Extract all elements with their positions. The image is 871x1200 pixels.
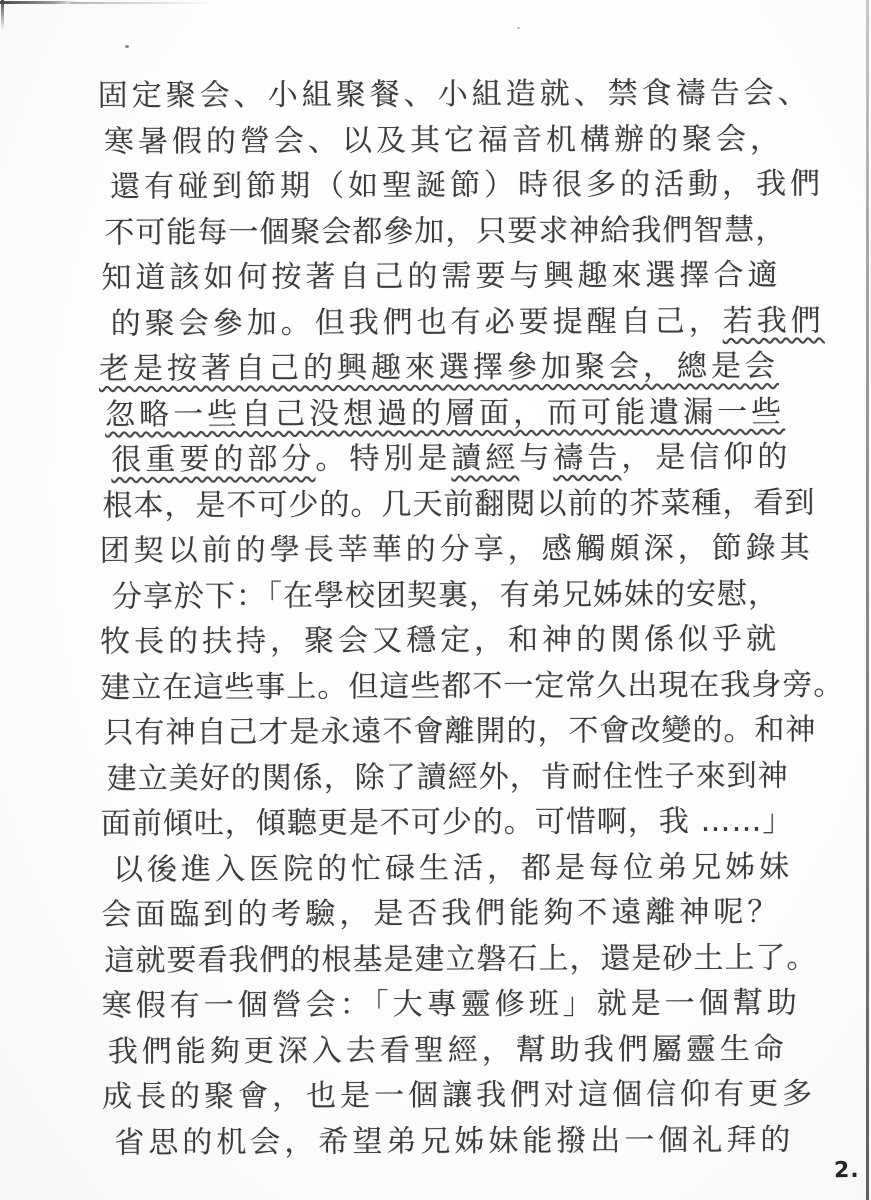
handwriting-line: 寒暑假的營会、以及其它福音机構辦的聚会，	[98, 116, 858, 165]
text-segment: 面前傾吐，傾聽更是不可少的。可惜啊，我 ……」	[101, 804, 794, 842]
handwriting-line: 面前傾吐，傾聽更是不可少的。可惜啊，我 ……」	[101, 798, 861, 847]
text-segment: 根本，是不可少的。几天前翻閱以前的芥菜種，看到	[102, 485, 815, 523]
handwriting-text: 固定聚会、小組聚餐、小組造就、禁食禱告会、寒暑假的營会、以及其它福音机構辦的聚会…	[98, 70, 863, 1165]
handwriting-line: 固定聚会、小組聚餐、小組造就、禁食禱告会、	[98, 70, 858, 119]
text-segment: 分享於下：「在學校团契裏，有弟兄姊妹的安慰，	[112, 576, 779, 614]
handwriting-line: 知道該如何按著自己的需要与興趣來選擇合適	[98, 252, 858, 301]
handwriting-line: 以後進入医院的忙碌生活，都是每位弟兄姊妹	[101, 844, 861, 893]
text-segment: 与	[519, 441, 553, 476]
scan-speck	[517, 27, 520, 29]
page-number: 2.	[834, 1158, 860, 1183]
handwriting-line: 的聚会參加。但我們也有必要提醒自己，若我們	[99, 298, 859, 347]
underlined-text-segment: 禱告	[553, 440, 621, 475]
handwriting-line: 忽略一些自己没想過的層面，而可能遺漏一些	[99, 389, 859, 438]
handwriting-line: 建立美好的関係，除了讀經外，肯耐住性子來到神	[101, 753, 861, 802]
underlined-text-segment: 很重要的部分	[111, 442, 315, 478]
scan-artifact-left-edge	[1, 0, 4, 30]
scanned-page: 固定聚会、小組聚餐、小組造就、禁食禱告会、寒暑假的營会、以及其它福音机構辦的聚会…	[0, 0, 871, 1200]
scan-artifact-right-line	[866, 0, 869, 1200]
handwriting-line: 很重要的部分。特別是讀經与禱告，是信仰的	[99, 434, 859, 483]
text-segment: 寒暑假的營会、以及其它福音机構辦的聚会，	[104, 121, 784, 159]
text-segment: 只有神自己才是永遠不會離開的，不會改變的。和神	[103, 713, 816, 751]
handwriting-line: 团契以前的學長莘華的分享，感觸頗深，節錄其	[100, 525, 860, 574]
underlined-text-segment: 讀經	[451, 441, 519, 476]
underlined-text-segment: 忽略一些自己没想過的層面，而可能遺漏一些	[105, 394, 785, 432]
text-segment: 知道該如何按著自己的需要与興趣來選擇合適	[101, 258, 781, 296]
underlined-text-segment: 老是按著自己的興趣來選擇參加聚会，總是会	[99, 349, 779, 387]
handwriting-line: 還有碰到節期（如聖誕節）時很多的活動，我們	[98, 161, 858, 210]
handwriting-line: 寒假有一個營会：「大專靈修班」就是一個幫助	[102, 980, 862, 1029]
text-segment: 還有碰到節期（如聖誕節）時很多的活動，我們	[110, 166, 824, 204]
handwriting-line: 老是按著自己的興趣來選擇參加聚会，總是会	[99, 343, 859, 392]
handwriting-line: 這就要看我們的根基是建立磐石上，還是砂土上了。	[101, 935, 861, 984]
scan-artifact-top-edge-faint	[70, 2, 215, 4]
handwriting-line: 会面臨到的考驗，是否我們能夠不遠離神呢？	[101, 889, 861, 938]
handwriting-line: 我們能夠更深入去看聖經，幫助我們屬靈生命	[102, 1026, 862, 1075]
text-segment: 。特別是	[315, 441, 451, 477]
text-segment: 建立在這些事上。但這些都不一定常久出現在我身旁。	[100, 667, 844, 705]
text-segment: 牧長的扶持，聚会又穩定，和神的関係似乎就	[100, 622, 780, 660]
handwriting-line: 省思的机会，希望弟兄姊妹能撥出一個礼拜的	[102, 1117, 862, 1166]
scan-artifact-top-edge	[0, 1, 78, 4]
text-segment: 固定聚会、小組聚餐、小組造就、禁食禱告会、	[98, 76, 812, 114]
text-segment: 這就要看我們的根基是建立磐石上，還是砂土上了。	[104, 940, 817, 978]
text-segment: ，是信仰的	[621, 440, 791, 476]
text-segment: 建立美好的関係，除了讀經外，肯耐住性子來到神	[107, 758, 789, 796]
text-segment: 的聚会參加。但我們也有必要提醒自己，	[111, 303, 723, 341]
scan-speck	[125, 45, 129, 48]
handwriting-line: 成長的聚會，也是一個讓我們对這個信仰有更多	[102, 1071, 862, 1120]
handwriting-line: 根本，是不可少的。几天前翻閱以前的芥菜種，看到	[99, 480, 859, 529]
text-segment: 省思的机会，希望弟兄姊妹能撥出一個礼拜的	[114, 1122, 794, 1160]
text-segment: 会面臨到的考驗，是否我們能夠不遠離神呢？	[101, 895, 781, 933]
text-segment: 团契以前的學長莘華的分享，感觸頗深，節錄其	[100, 531, 814, 569]
text-segment: 寒假有一個營会：「大專靈修班」就是一個幫助	[102, 986, 801, 1024]
text-segment: 以後進入医院的忙碌生活，都是每位弟兄姊妹	[113, 849, 793, 887]
underlined-text-segment: 若我們	[723, 303, 825, 338]
handwriting-line: 分享於下：「在學校团契裏，有弟兄姊妹的安慰，	[100, 571, 860, 620]
handwriting-line: 建立在這些事上。但這些都不一定常久出現在我身旁。	[100, 662, 860, 711]
handwriting-line: 牧長的扶持，聚会又穩定，和神的関係似乎就	[100, 616, 860, 665]
handwriting-line: 只有神自己才是永遠不會離開的，不會改變的。和神	[100, 707, 860, 756]
text-segment: 成長的聚會，也是一個讓我們对這個信仰有更多	[102, 1077, 816, 1115]
handwriting-line: 不可能每一個聚会都參加，只要求神給我們智慧，	[98, 207, 858, 256]
text-segment: 不可能每一個聚会都參加，只要求神給我們智慧，	[104, 212, 786, 250]
text-segment: 我們能夠更深入去看聖經，幫助我們屬靈生命	[108, 1031, 788, 1069]
